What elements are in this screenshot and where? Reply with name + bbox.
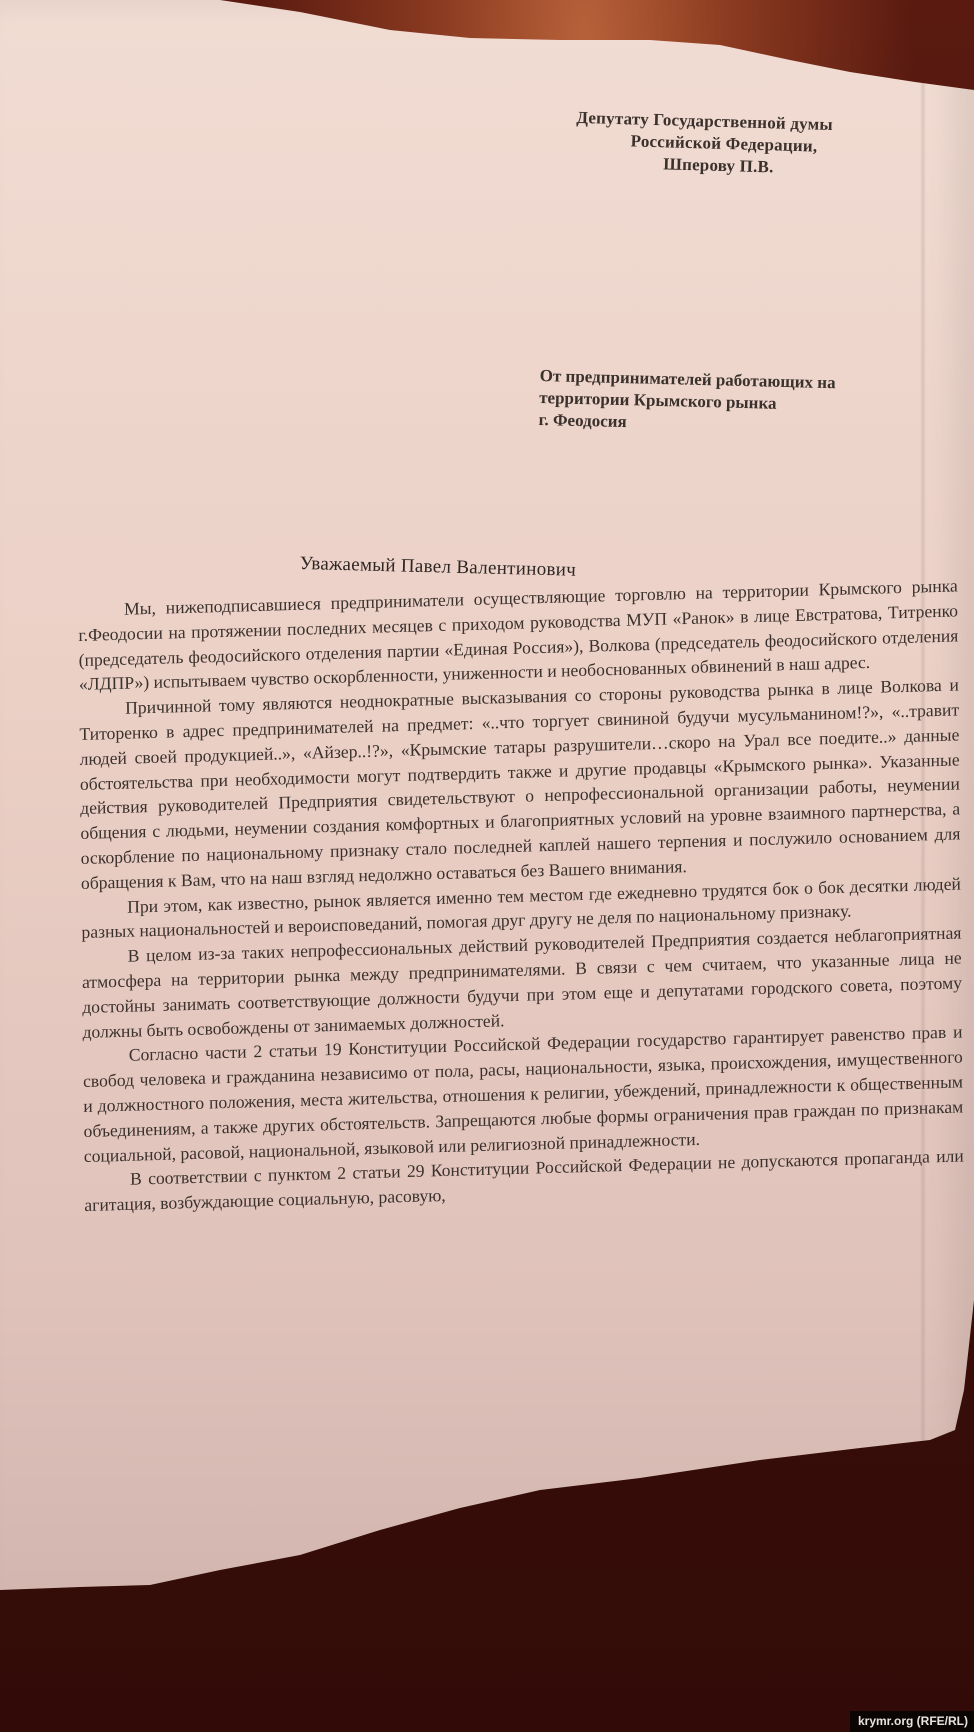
paragraph: Причинной тому являются неоднократные вы…: [79, 673, 961, 896]
sender-block: От предпринимателей работающих на террит…: [538, 365, 919, 440]
addressee-block: Депутату Государственной думы Российской…: [543, 106, 865, 181]
source-watermark: krymr.org (RFE/RL): [850, 1711, 974, 1732]
letter-body: Мы, нижеподписавшиеся предприниматели ос…: [78, 573, 964, 1218]
paragraph: Согласно части 2 статьи 19 Конституции Р…: [83, 1020, 964, 1169]
